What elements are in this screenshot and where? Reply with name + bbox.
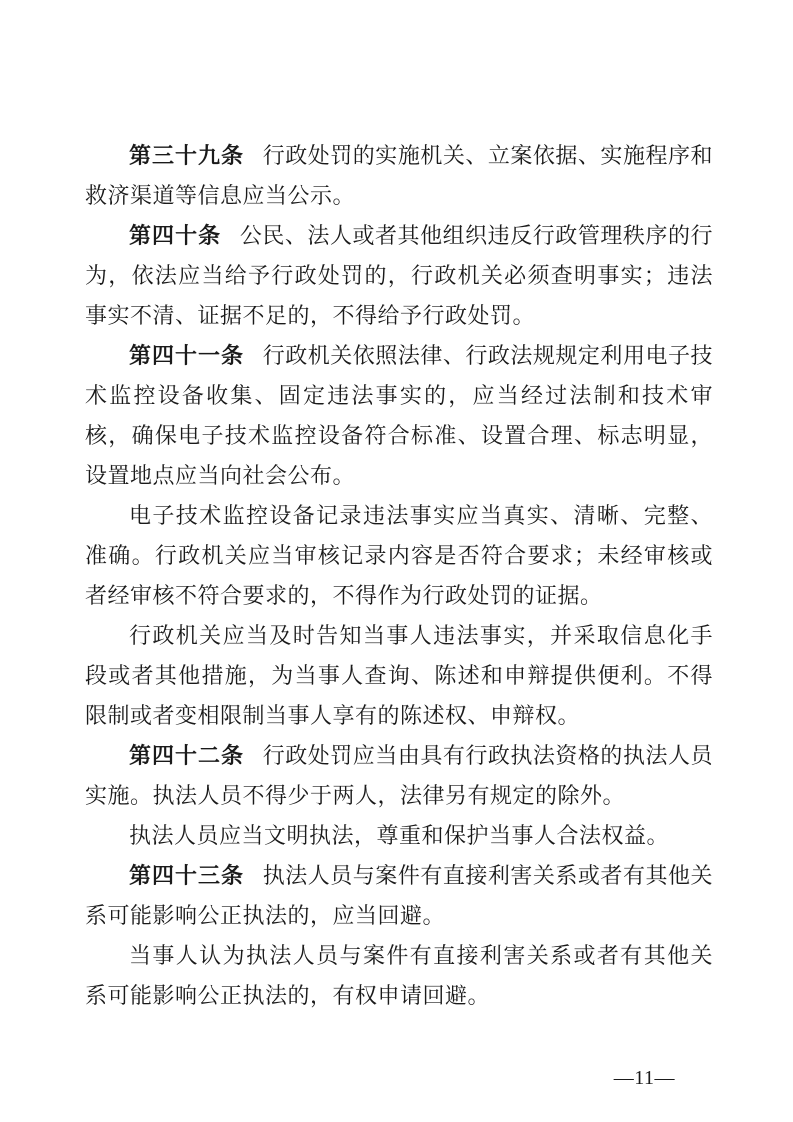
article-number: 第四十三条 bbox=[129, 863, 244, 888]
paragraph-text: 执法人员应当文明执法，尊重和保护当事人合法权益。 bbox=[129, 823, 669, 848]
article-number: 第四十二条 bbox=[129, 743, 244, 768]
article-paragraph: 第四十三条执法人员与案件有直接利害关系或者有其他关系可能影响公正执法的，应当回避… bbox=[85, 856, 713, 936]
document-body: 第三十九条行政处罚的实施机关、立案依据、实施程序和救济渠道等信息应当公示。第四十… bbox=[85, 136, 713, 1016]
body-paragraph: 当事人认为执法人员与案件有直接利害关系或者有其他关系可能影响公正执法的，有权申请… bbox=[85, 936, 713, 1016]
body-paragraph: 电子技术监控设备记录违法事实应当真实、清晰、完整、准确。行政机关应当审核记录内容… bbox=[85, 496, 713, 616]
page-footer: —11— bbox=[614, 1067, 675, 1090]
paragraph-text: 行政机关应当及时告知当事人违法事实，并采取信息化手段或者其他措施，为当事人查询、… bbox=[85, 623, 713, 728]
article-number: 第四十一条 bbox=[129, 343, 244, 368]
paragraph-text: 电子技术监控设备记录违法事实应当真实、清晰、完整、准确。行政机关应当审核记录内容… bbox=[85, 503, 713, 608]
article-number: 第四十条 bbox=[129, 223, 221, 248]
body-paragraph: 行政机关应当及时告知当事人违法事实，并采取信息化手段或者其他措施，为当事人查询、… bbox=[85, 616, 713, 736]
article-number: 第三十九条 bbox=[129, 143, 244, 168]
article-paragraph: 第四十条公民、法人或者其他组织违反行政管理秩序的行为，依法应当给予行政处罚的，行… bbox=[85, 216, 713, 336]
article-paragraph: 第三十九条行政处罚的实施机关、立案依据、实施程序和救济渠道等信息应当公示。 bbox=[85, 136, 713, 216]
paragraph-text: 当事人认为执法人员与案件有直接利害关系或者有其他关系可能影响公正执法的，有权申请… bbox=[85, 943, 713, 1008]
article-paragraph: 第四十二条行政处罚应当由具有行政执法资格的执法人员实施。执法人员不得少于两人，法… bbox=[85, 736, 713, 816]
article-paragraph: 第四十一条行政机关依照法律、行政法规规定利用电子技术监控设备收集、固定违法事实的… bbox=[85, 336, 713, 496]
document-page: 第三十九条行政处罚的实施机关、立案依据、实施程序和救济渠道等信息应当公示。第四十… bbox=[0, 0, 793, 1122]
page-number: —11— bbox=[614, 1067, 675, 1089]
body-paragraph: 执法人员应当文明执法，尊重和保护当事人合法权益。 bbox=[85, 816, 713, 856]
